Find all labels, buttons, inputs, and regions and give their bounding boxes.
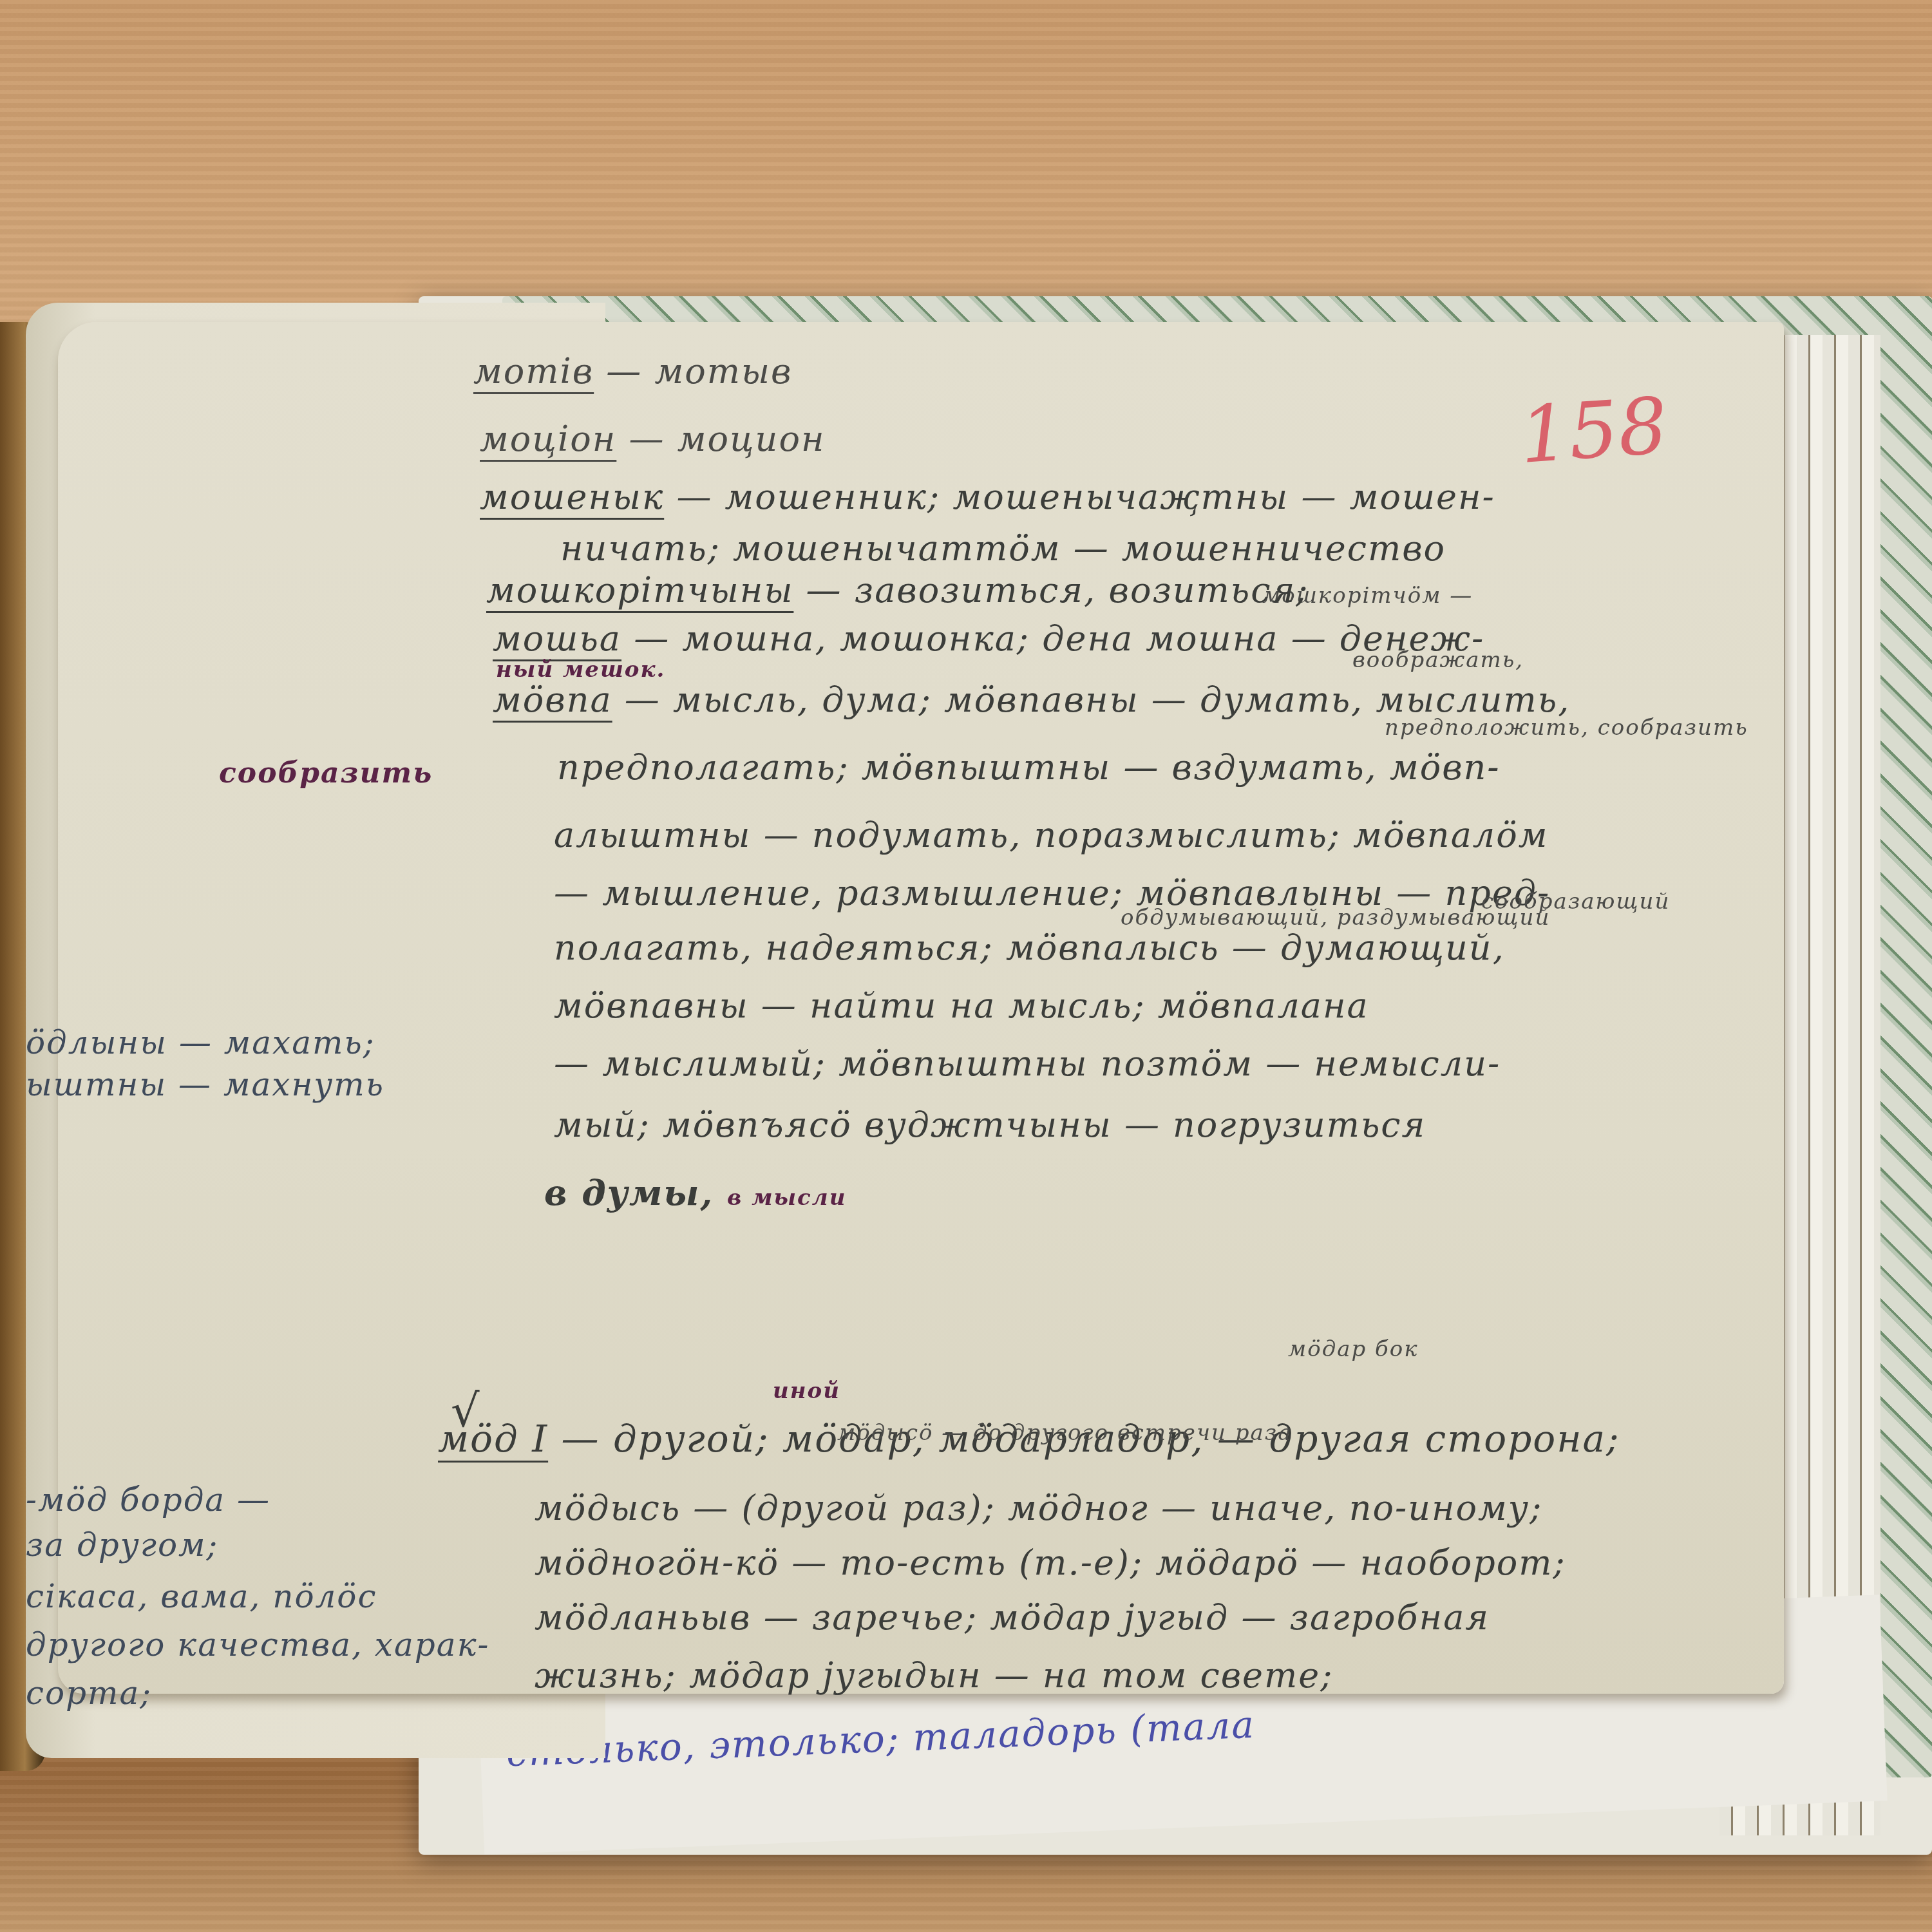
headword: мошьа xyxy=(493,618,621,659)
definition: — моцион xyxy=(629,419,825,459)
entry-mod-line: мöдногöн-кö — то-есть (т.-е); мöдарö — н… xyxy=(535,1542,1566,1583)
entry-moshenyk: мошенык — мошенник; мошенычаҗтны — мошен… xyxy=(480,477,1495,517)
entry-motiv: мотів — мотыв xyxy=(473,351,792,392)
entry-continuation: алыштны — подумать, поразмыслить; мöвпал… xyxy=(554,815,1549,855)
entry-movpa: мöвпа — мысль, дума; мöвпавны — думать, … xyxy=(493,679,1570,720)
annotation-modar-bok: мöдар бок xyxy=(1288,1336,1419,1362)
entry-continuation: предполагать; мöвпыштны — вздумать, мöвп… xyxy=(557,747,1501,788)
definition: — мысль, дума; мöвпавны — думать, мыслит… xyxy=(625,679,1571,720)
annotation-predpolozhit: предположить, сообразить xyxy=(1385,715,1748,741)
definition: — мошенник; мошенычаҗтны — мошен- xyxy=(676,477,1495,517)
entry-continuation: — мыслимый; мöвпыштны позтöм — немысли- xyxy=(554,1043,1501,1084)
annotation-modyso: мöдысö — до другого встречи раза xyxy=(837,1420,1293,1446)
entry-motsion: моціон — моцион xyxy=(480,419,825,459)
definition: — мотыв xyxy=(606,351,792,392)
entry-moshkoritchyny: мошкорітчыны — завозиться, возиться; xyxy=(486,570,1309,611)
left-line-bottom-5: сорта; xyxy=(26,1674,152,1712)
annotation-obdumyvayushchiy: обдумывающий, раздумывающий xyxy=(1121,905,1550,931)
left-line-mid-1: ӧдлыны — махать; xyxy=(26,1024,375,1061)
left-line-bottom-4: другого качества, харак- xyxy=(26,1626,489,1663)
lower-sheet-line-2: столько, этолько; таладорь (тала xyxy=(506,1703,1256,1776)
entry-continuation: мый; мöвпъясö вуджтчыны — погрузиться xyxy=(554,1104,1426,1145)
v-dumy: в думы, xyxy=(544,1172,714,1213)
annotation-inoy: иной xyxy=(773,1378,840,1404)
annotation-voobrazhat: воображать, xyxy=(1352,647,1524,673)
entry-mod-line: жизнь; мöдар југыдын — на том свете; xyxy=(535,1655,1333,1696)
entry-continuation: в думы, в мысли xyxy=(544,1172,846,1213)
left-line-mid-2: ыштны — махнуть xyxy=(26,1066,384,1103)
headword: мошенык xyxy=(480,477,664,517)
headword: мöд I xyxy=(438,1417,548,1461)
page-number: 158 xyxy=(1517,381,1670,481)
left-line-bottom-3: сікаса, вама, пöлöс xyxy=(26,1578,377,1615)
headword: мöвпа xyxy=(493,679,612,720)
headword: мошкорітчыны xyxy=(486,570,793,611)
definition: — завозиться, возиться; xyxy=(806,570,1309,611)
entry-mod-line: мöдланьыв — заречье; мöдар југыд — загро… xyxy=(535,1597,1490,1638)
entry-continuation: мöвпавны — найти на мысль; мöвпалана xyxy=(554,985,1369,1026)
annotation-v-mysli: в мысли xyxy=(727,1185,846,1211)
entry-continuation: полагать, надеяться; мöвпалысь — думающи… xyxy=(554,927,1505,968)
left-line-bottom-2: за другом; xyxy=(26,1526,218,1564)
headword: мотів xyxy=(473,351,594,392)
entry-moshya: мошьа — мошна, мошонка; дена мошна — ден… xyxy=(493,618,1484,659)
margin-soobrazhat: сообразить xyxy=(219,757,433,790)
left-line-bottom-1: -мöд борда — xyxy=(26,1481,270,1519)
entry-continuation: ничать; мошенычаттöм — мошенничество xyxy=(560,528,1446,569)
entry-mod-line: мöдысь — (другой раз); мöдног — иначе, п… xyxy=(535,1488,1542,1528)
entry-continuation-purple: ный мешок. xyxy=(496,657,665,683)
headword: моціон xyxy=(480,419,616,459)
